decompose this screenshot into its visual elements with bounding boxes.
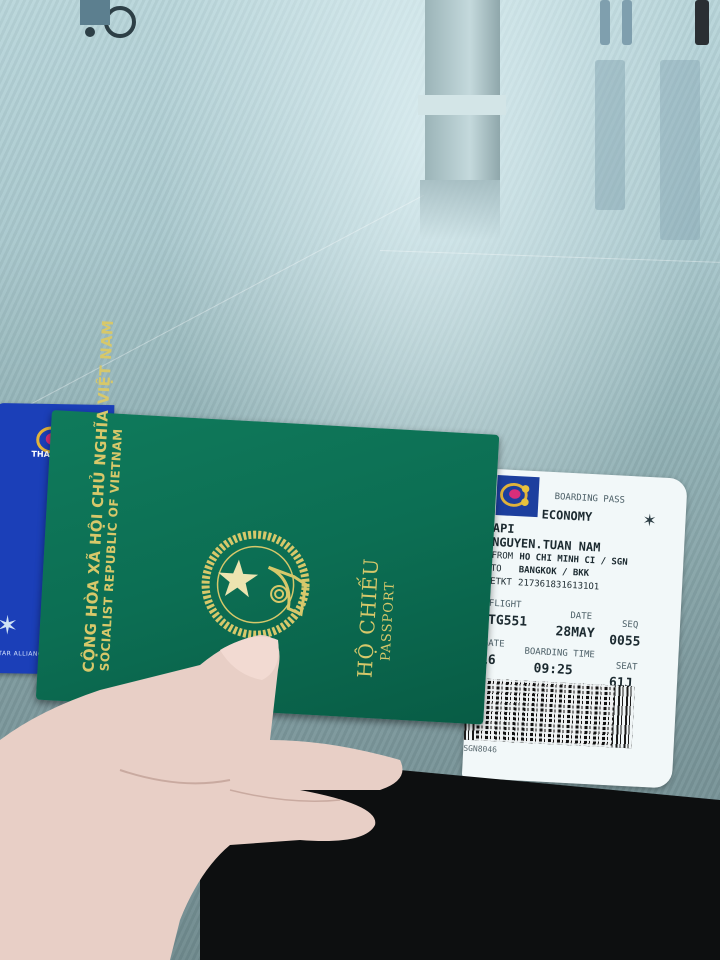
seq-label: SEQ	[622, 620, 639, 631]
date-value: 28MAY	[555, 624, 595, 641]
etkt-label: ETKT	[490, 577, 512, 588]
date-label: DATE	[570, 611, 592, 622]
flight-label: FLIGHT	[489, 599, 522, 611]
national-emblem-icon	[194, 523, 320, 645]
boarding-pass-logo-box	[496, 475, 540, 517]
pillar-base	[418, 95, 506, 115]
thai-airways-logo-icon	[496, 475, 540, 515]
flight-value: TG551	[488, 613, 528, 630]
from-label: FROM	[491, 551, 513, 562]
person-reflection	[660, 60, 700, 240]
passenger-prefix: API	[493, 521, 515, 536]
boarding-pass: BOARDING PASS ✶ ECONOMY API NGUYEN.TUAN …	[462, 468, 688, 789]
seq-value: 0055	[609, 633, 641, 650]
to-label: TO	[490, 564, 501, 575]
boarding-time-label: BOARDING TIME	[524, 647, 595, 661]
person-leg	[622, 0, 632, 45]
pillar-reflection	[420, 180, 500, 240]
person-leg	[600, 0, 610, 45]
travel-class: ECONOMY	[541, 507, 592, 524]
wheelchair	[60, 0, 140, 40]
etkt-value: 2173618316131O1	[518, 578, 600, 592]
boarding-pass-header: BOARDING PASS	[554, 492, 625, 506]
to-value: BANGKOK / BKK	[518, 565, 589, 579]
pillar	[425, 0, 500, 180]
hand	[0, 630, 420, 960]
footer-code: SGN8046	[463, 744, 497, 755]
person-reflection	[595, 60, 625, 210]
seat-label: SEAT	[616, 661, 638, 672]
star-alliance-icon: ✶	[643, 507, 656, 532]
boarding-time-value: 09:25	[533, 661, 573, 678]
person-leg	[695, 0, 709, 45]
boarding-barcode	[464, 678, 635, 749]
